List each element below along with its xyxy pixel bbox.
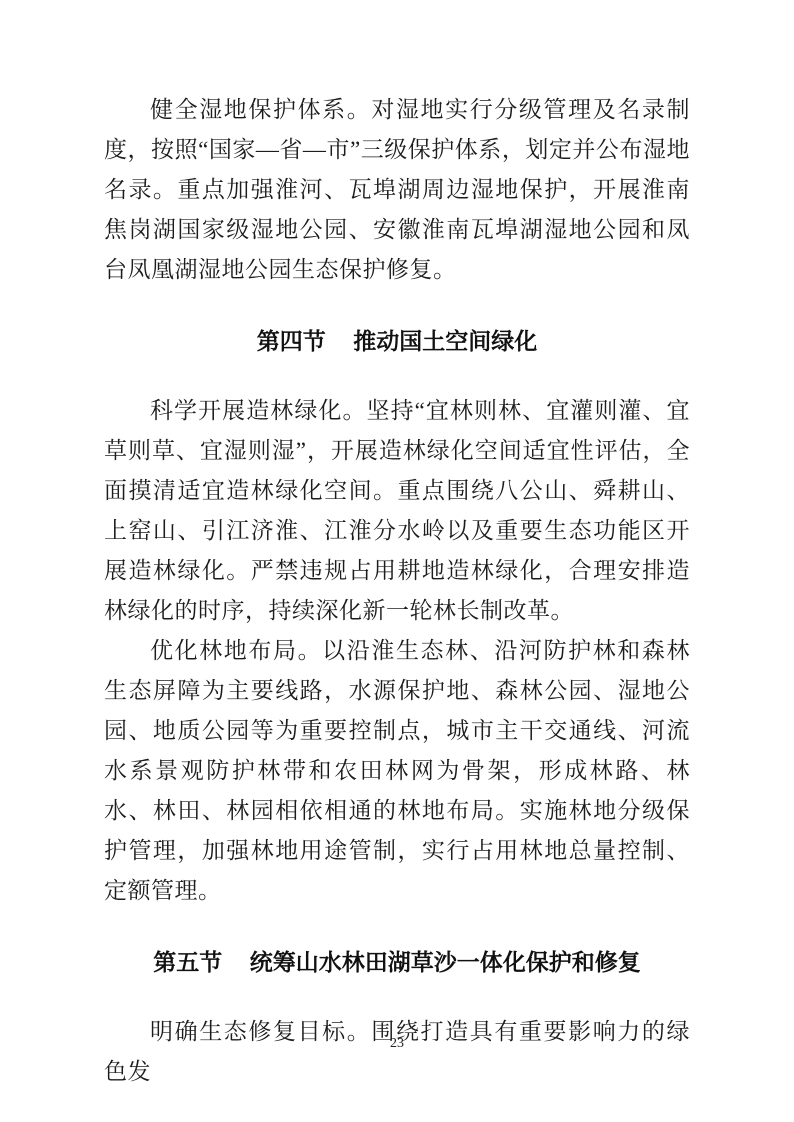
paragraph-ecological-restoration: 明确生态修复目标。围绕打造具有重要影响力的绿色发 xyxy=(104,1012,690,1092)
document-page: 健全湿地保护体系。对湿地实行分级管理及名录制度，按照“国家—省—市”三级保护体系… xyxy=(0,0,794,1122)
page-content: 健全湿地保护体系。对湿地实行分级管理及名录制度，按照“国家—省—市”三级保护体系… xyxy=(104,90,690,1092)
paragraph-afforestation: 科学开展造林绿化。坚持“宜林则林、宜灌则灌、宜草则草、宜湿则湿”，开展造林绿化空… xyxy=(104,391,690,631)
section-heading-label: 第四节 xyxy=(257,328,326,354)
section-heading-title: 统筹山水林田湖草沙一体化保护和修复 xyxy=(250,949,641,975)
section-heading-title: 推动国土空间绿化 xyxy=(353,328,537,354)
paragraph-wetland-protection: 健全湿地保护体系。对湿地实行分级管理及名录制度，按照“国家—省—市”三级保护体系… xyxy=(104,90,690,290)
section-heading-4: 第四节推动国土空间绿化 xyxy=(104,321,690,361)
page-number: 23 xyxy=(0,1036,794,1052)
paragraph-forest-land-layout: 优化林地布局。以沿淮生态林、沿河防护林和森林生态屏障为主要线路，水源保护地、森林… xyxy=(104,631,690,911)
section-heading-5: 第五节统筹山水林田湖草沙一体化保护和修复 xyxy=(104,942,690,982)
section-heading-label: 第五节 xyxy=(153,949,222,975)
